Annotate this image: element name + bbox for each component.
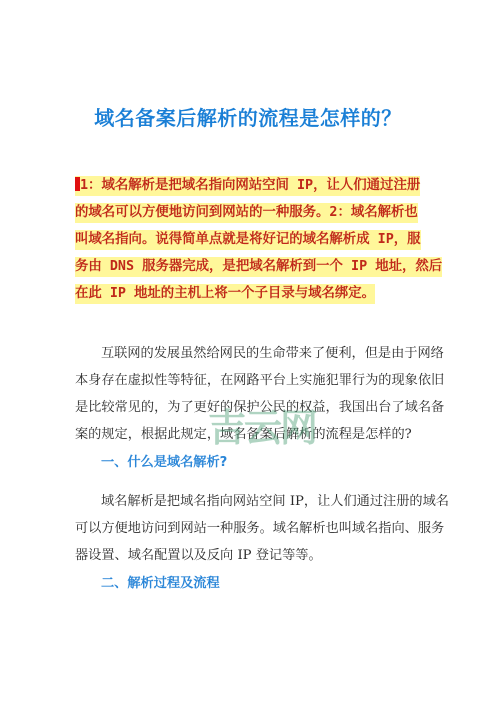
- section-heading-process: 二、解析过程及流程: [101, 574, 220, 594]
- paragraph-line: 案的规定，根据此规定，域名备案后解析的流程是怎样的?: [75, 421, 425, 448]
- section-paragraph: 域名解析是把域名指向网站空间 IP，让人们通过注册的域名 可以方便地访问到网站一…: [75, 488, 425, 569]
- summary-line: 叫域名指向。说得简单点就是将好记的域名解析成 IP，服: [75, 226, 425, 253]
- paragraph-line: 本身存在虚拟性等特征，在网路平台上实施犯罪行为的现象依旧: [75, 367, 425, 394]
- intro-paragraph: 互联网的发展虽然给网民的生命带来了便利，但是由于网络 本身存在虚拟性等特征，在网…: [75, 340, 425, 448]
- summary-line: 在此 IP 地址的主机上将一个子目录与域名绑定。: [75, 280, 425, 307]
- paragraph-line: 域名解析是把域名指向网站空间 IP，让人们通过注册的域名: [75, 488, 425, 515]
- document-title: 域名备案后解析的流程是怎样的？: [0, 104, 496, 132]
- summary-line: 务由 DNS 服务器完成，是把域名解析到一个 IP 地址，然后: [75, 253, 425, 280]
- summary-highlight-block: 1：域名解析是把域名指向网站空间 IP，让人们通过注册 的域名可以方便地访问到网…: [75, 172, 425, 307]
- paragraph-line: 器设置、域名配置以及反向 IP 登记等等。: [75, 542, 425, 569]
- document-page: 域名备案后解析的流程是怎样的？ 1：域名解析是把域名指向网站空间 IP，让人们通…: [0, 0, 496, 702]
- paragraph-line: 可以方便地访问到网站一种服务。域名解析也叫域名指向、服务: [75, 515, 425, 542]
- section-heading-what-is-dns: 一、什么是域名解析?: [101, 453, 227, 473]
- paragraph-line: 互联网的发展虽然给网民的生命带来了便利，但是由于网络: [75, 340, 425, 367]
- summary-line: 的域名可以方便地访问到网站的一种服务。2：域名解析也: [75, 199, 425, 226]
- summary-line: 1：域名解析是把域名指向网站空间 IP，让人们通过注册: [75, 172, 425, 199]
- paragraph-line: 是比较常见的，为了更好的保护公民的权益，我国出台了域名备: [75, 394, 425, 421]
